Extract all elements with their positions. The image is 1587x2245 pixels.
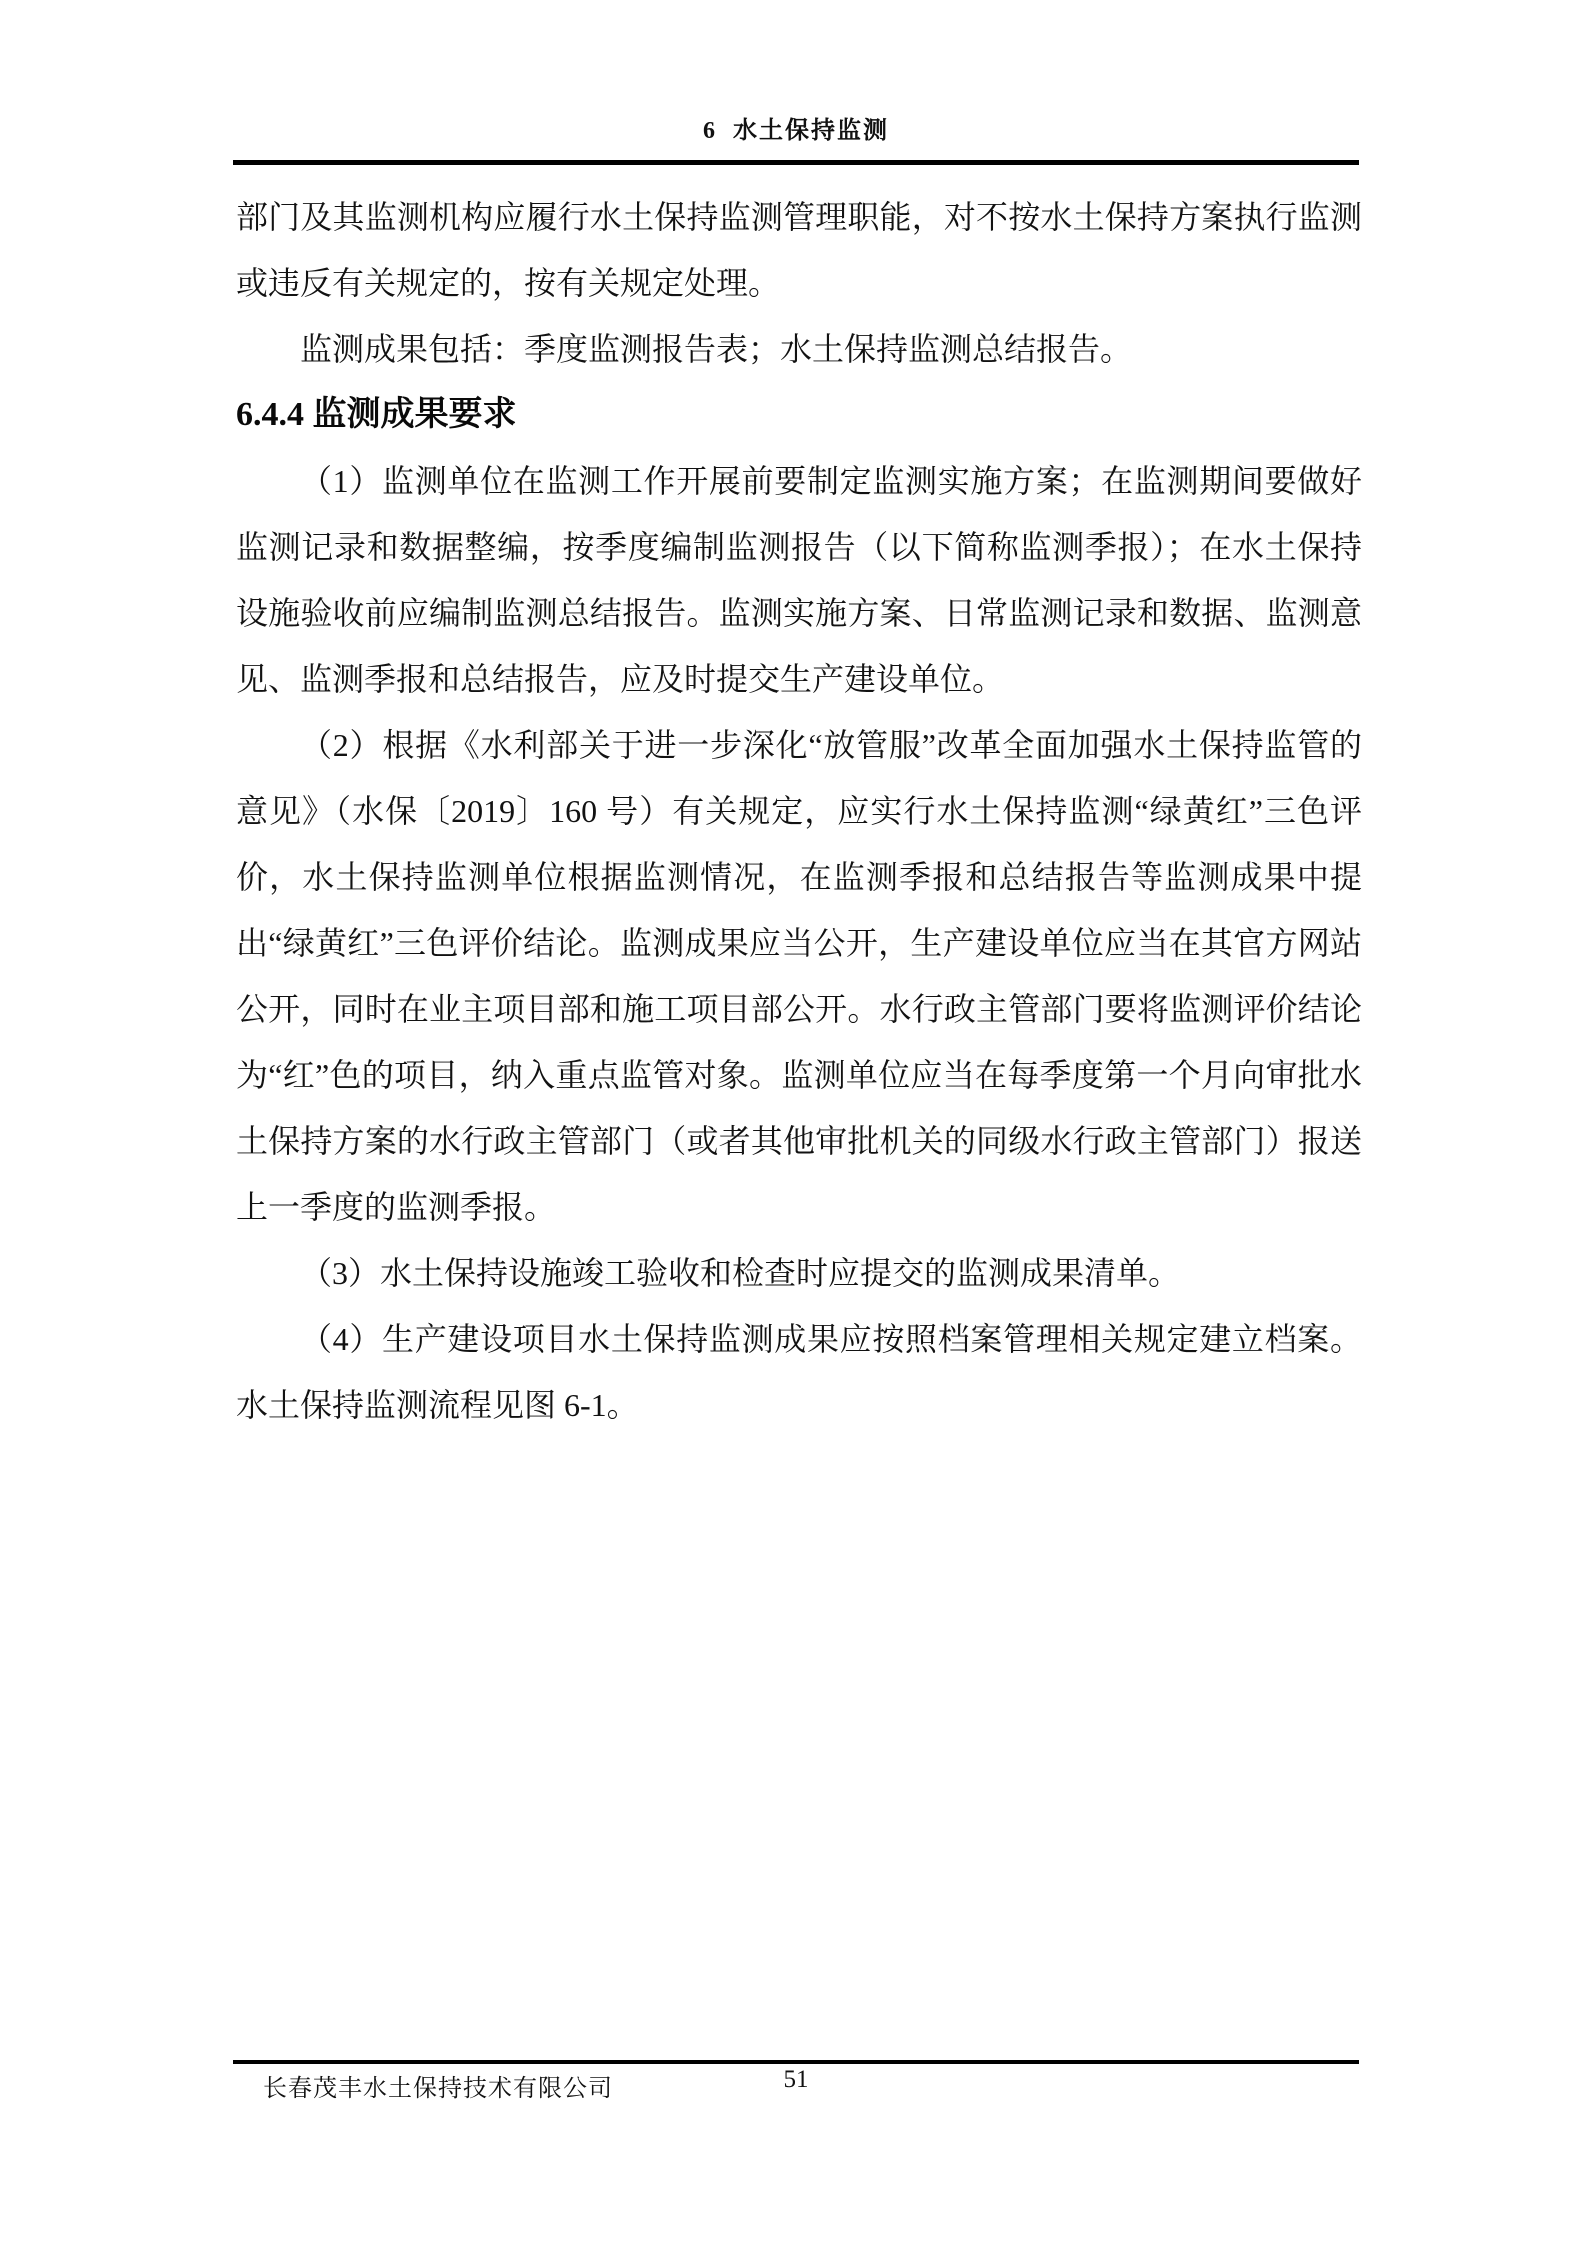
section-heading-6-4-4: 6.4.4 监测成果要求 xyxy=(236,382,1362,448)
page-header-chapter-title: 6 水土保持监测 xyxy=(233,110,1359,145)
document-body: 部门及其监测机构应履行水土保持监测管理职能，对不按水土保持方案执行监测或违反有关… xyxy=(236,184,1362,1438)
paragraph-item-1: （1）监测单位在监测工作开展前要制定监测实施方案；在监测期间要做好监测记录和数据… xyxy=(236,448,1362,712)
paragraph-continued-from-previous-page: 部门及其监测机构应履行水土保持监测管理职能，对不按水土保持方案执行监测或违反有关… xyxy=(236,184,1362,316)
document-page: 6 水土保持监测 部门及其监测机构应履行水土保持监测管理职能，对不按水土保持方案… xyxy=(0,0,1587,2245)
paragraph-item-2: （2）根据《水利部关于进一步深化“放管服”改革全面加强水土保持监管的意见》（水保… xyxy=(236,712,1362,1240)
header-rule xyxy=(233,160,1359,165)
paragraph-monitoring-results-include: 监测成果包括：季度监测报告表；水土保持监测总结报告。 xyxy=(236,316,1362,382)
paragraph-item-4: （4）生产建设项目水土保持监测成果应按照档案管理相关规定建立档案。水土保持监测流… xyxy=(236,1306,1362,1438)
footer-page-number: 51 xyxy=(233,2066,1359,2094)
paragraph-item-3: （3）水土保持设施竣工验收和检查时应提交的监测成果清单。 xyxy=(236,1240,1362,1306)
footer-rule xyxy=(233,2060,1359,2064)
